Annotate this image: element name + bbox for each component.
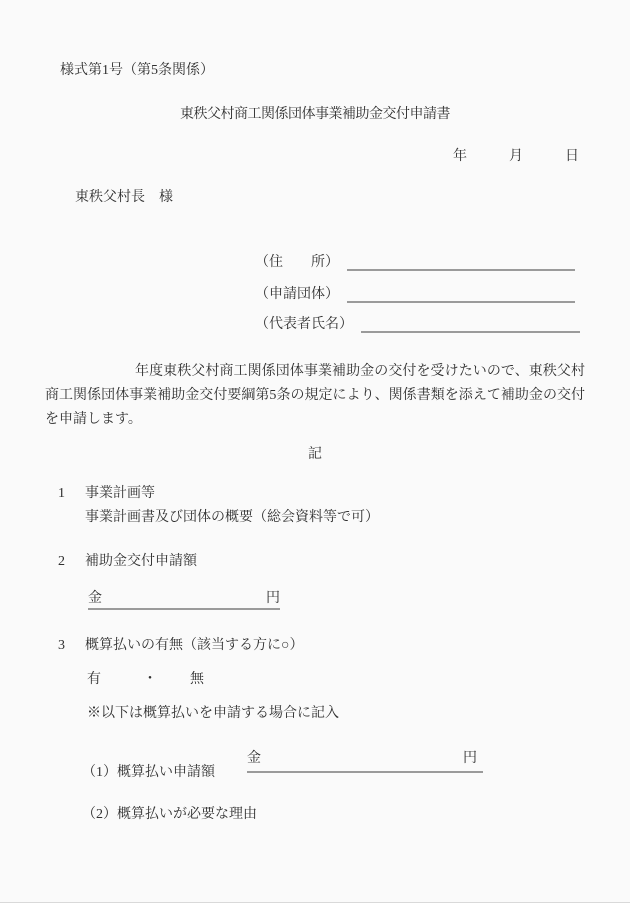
item-2-row: 2 補助金交付申請額 bbox=[58, 553, 197, 570]
item-3-row: 3 概算払いの有無（該当する方に○） bbox=[58, 637, 303, 654]
option-separator-dot: ・ bbox=[143, 671, 157, 688]
sub-item-2-title: 概算払いが必要な理由 bbox=[117, 807, 257, 822]
item-3-title: 概算払いの有無（該当する方に○） bbox=[85, 637, 303, 654]
item-1-number: 1 bbox=[58, 485, 85, 502]
record-marker: 記 bbox=[0, 446, 630, 463]
date-year-label: 年 bbox=[453, 148, 467, 165]
organization-field-label: （申請団体） bbox=[255, 286, 339, 303]
sub-item-1-amount-suffix: 円 bbox=[463, 750, 477, 767]
date-day-label: 日 bbox=[565, 148, 579, 165]
address-field-label: （住 所） bbox=[255, 254, 339, 271]
organization-field-blank bbox=[347, 286, 575, 303]
item-2-title: 補助金交付申請額 bbox=[85, 553, 197, 570]
option-no: 無 bbox=[190, 671, 204, 688]
sub-item-1-amount-prefix: 金 bbox=[247, 750, 261, 767]
sub-item-1-row: （1）概算払い申請額 bbox=[75, 747, 215, 781]
date-line: 年 月 日 bbox=[453, 148, 579, 165]
item-2-amount-prefix: 金 bbox=[88, 590, 102, 607]
item-3-note: ※以下は概算払いを申請する場合に記入 bbox=[87, 705, 339, 722]
item-3-number: 3 bbox=[58, 637, 85, 654]
item-2-amount-suffix: 円 bbox=[266, 590, 280, 607]
sub-item-1-amount-line: 金 円 bbox=[247, 750, 483, 773]
item-1-row: 1 事業計画等 bbox=[58, 485, 155, 502]
organization-field-row: （申請団体） bbox=[255, 286, 575, 303]
form-number: 様式第1号（第5条関係） bbox=[60, 62, 214, 79]
item-2-amount-line: 金 円 bbox=[88, 590, 280, 610]
document-title: 東秩父村商工関係団体事業補助金交付申請書 bbox=[0, 106, 630, 123]
option-yes: 有 bbox=[87, 671, 101, 688]
item-3-options-line: 有 ・ 無 bbox=[87, 671, 204, 688]
item-2-number: 2 bbox=[58, 553, 85, 570]
sub-item-1-label: （1） bbox=[82, 765, 117, 780]
body-paragraph: 年度東秩父村商工関係団体事業補助金の交付を受けたいので、東秩父村商工関係団体事業… bbox=[45, 360, 585, 432]
addressee: 東秩父村長 様 bbox=[75, 189, 173, 206]
item-1-title: 事業計画等 bbox=[85, 485, 155, 502]
address-field-blank bbox=[347, 254, 575, 271]
sub-item-2-row: （2）概算払いが必要な理由 bbox=[75, 789, 257, 823]
representative-field-label: （代表者氏名） bbox=[255, 316, 353, 333]
address-field-row: （住 所） bbox=[255, 254, 575, 271]
sub-item-1-title: 概算払い申請額 bbox=[117, 765, 215, 780]
sub-item-2-label: （2） bbox=[82, 807, 117, 822]
representative-field-row: （代表者氏名） bbox=[255, 316, 580, 333]
item-1-description: 事業計画書及び団体の概要（総会資料等で可） bbox=[85, 509, 379, 526]
representative-field-blank bbox=[361, 316, 580, 333]
date-month-label: 月 bbox=[509, 148, 523, 165]
